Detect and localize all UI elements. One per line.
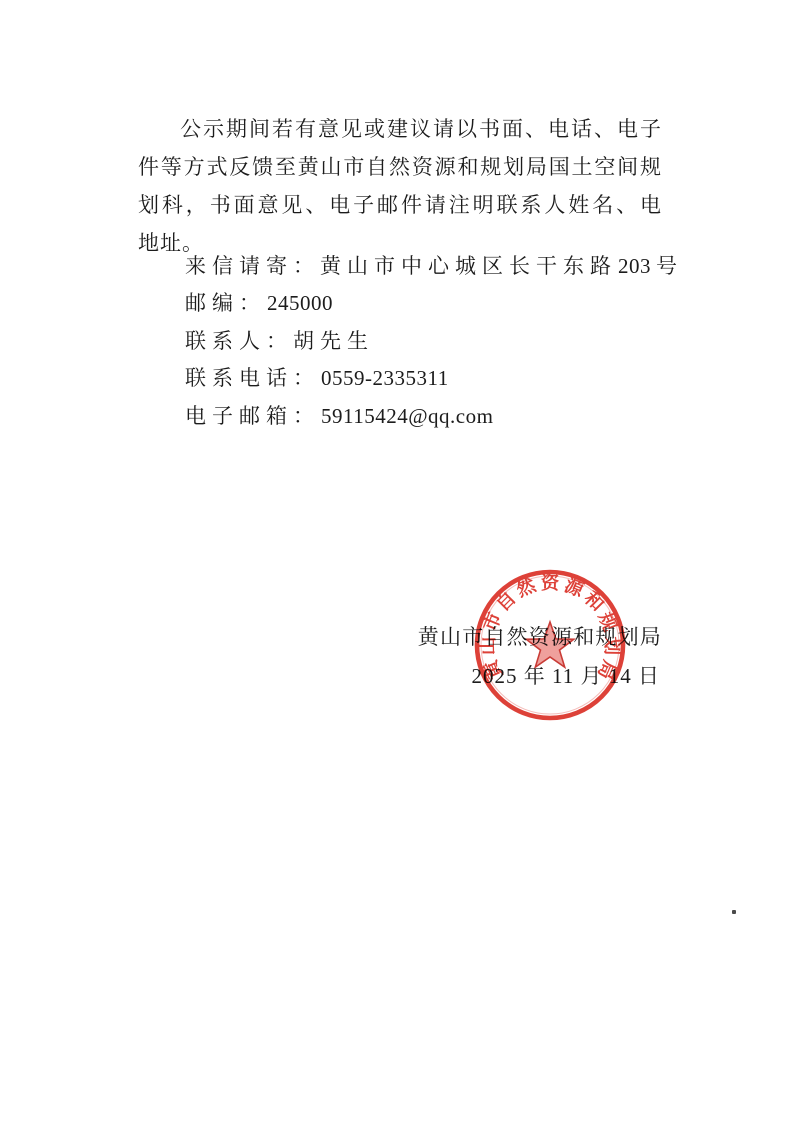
contact-line-postcode: 邮编：245000: [185, 285, 683, 322]
contact-line-address: 来信请寄：黄山市中心城区长干东路203号: [185, 248, 683, 285]
contact-address-text: 来信请寄：黄山市中心城区长干东路: [185, 254, 617, 278]
contact-block: 来信请寄：黄山市中心城区长干东路203号 邮编：245000 联系人：胡先生 联…: [185, 248, 683, 435]
paragraph-line-3: 划科，书面意见、电子邮件请注明联系人姓名、电话、: [138, 186, 662, 224]
postcode-value: 245000: [267, 291, 333, 315]
contact-address-number: 203: [618, 254, 651, 278]
notice-paragraph: 公示期间若有意见或建议请以书面、电话、电子邮 件等方式反馈至黄山市自然资源和规划…: [138, 110, 662, 262]
email-label: 电子邮箱：: [185, 404, 320, 428]
official-seal: 黄山市自然资源和规划局: [470, 565, 630, 725]
contact-line-phone: 联系电话：0559-2335311: [185, 360, 683, 397]
contact-line-email: 电子邮箱：59115424@qq.com: [185, 398, 683, 435]
phone-label: 联系电话：: [185, 366, 320, 390]
contact-address-suffix: 号: [656, 254, 683, 278]
document-page: 公示期间若有意见或建议请以书面、电话、电子邮 件等方式反馈至黄山市自然资源和规划…: [0, 0, 793, 1122]
phone-value: 0559-2335311: [321, 366, 449, 390]
contact-person-text: 联系人：胡先生: [185, 329, 374, 353]
paragraph-line-1: 公示期间若有意见或建议请以书面、电话、电子邮: [138, 110, 662, 148]
contact-line-person: 联系人：胡先生: [185, 323, 683, 360]
star-icon: [526, 622, 574, 667]
email-value: 59115424@qq.com: [321, 404, 493, 428]
ink-speck: [732, 910, 736, 914]
paragraph-line-2: 件等方式反馈至黄山市自然资源和规划局国土空间规: [138, 148, 662, 186]
postcode-label: 邮编：: [185, 291, 266, 315]
